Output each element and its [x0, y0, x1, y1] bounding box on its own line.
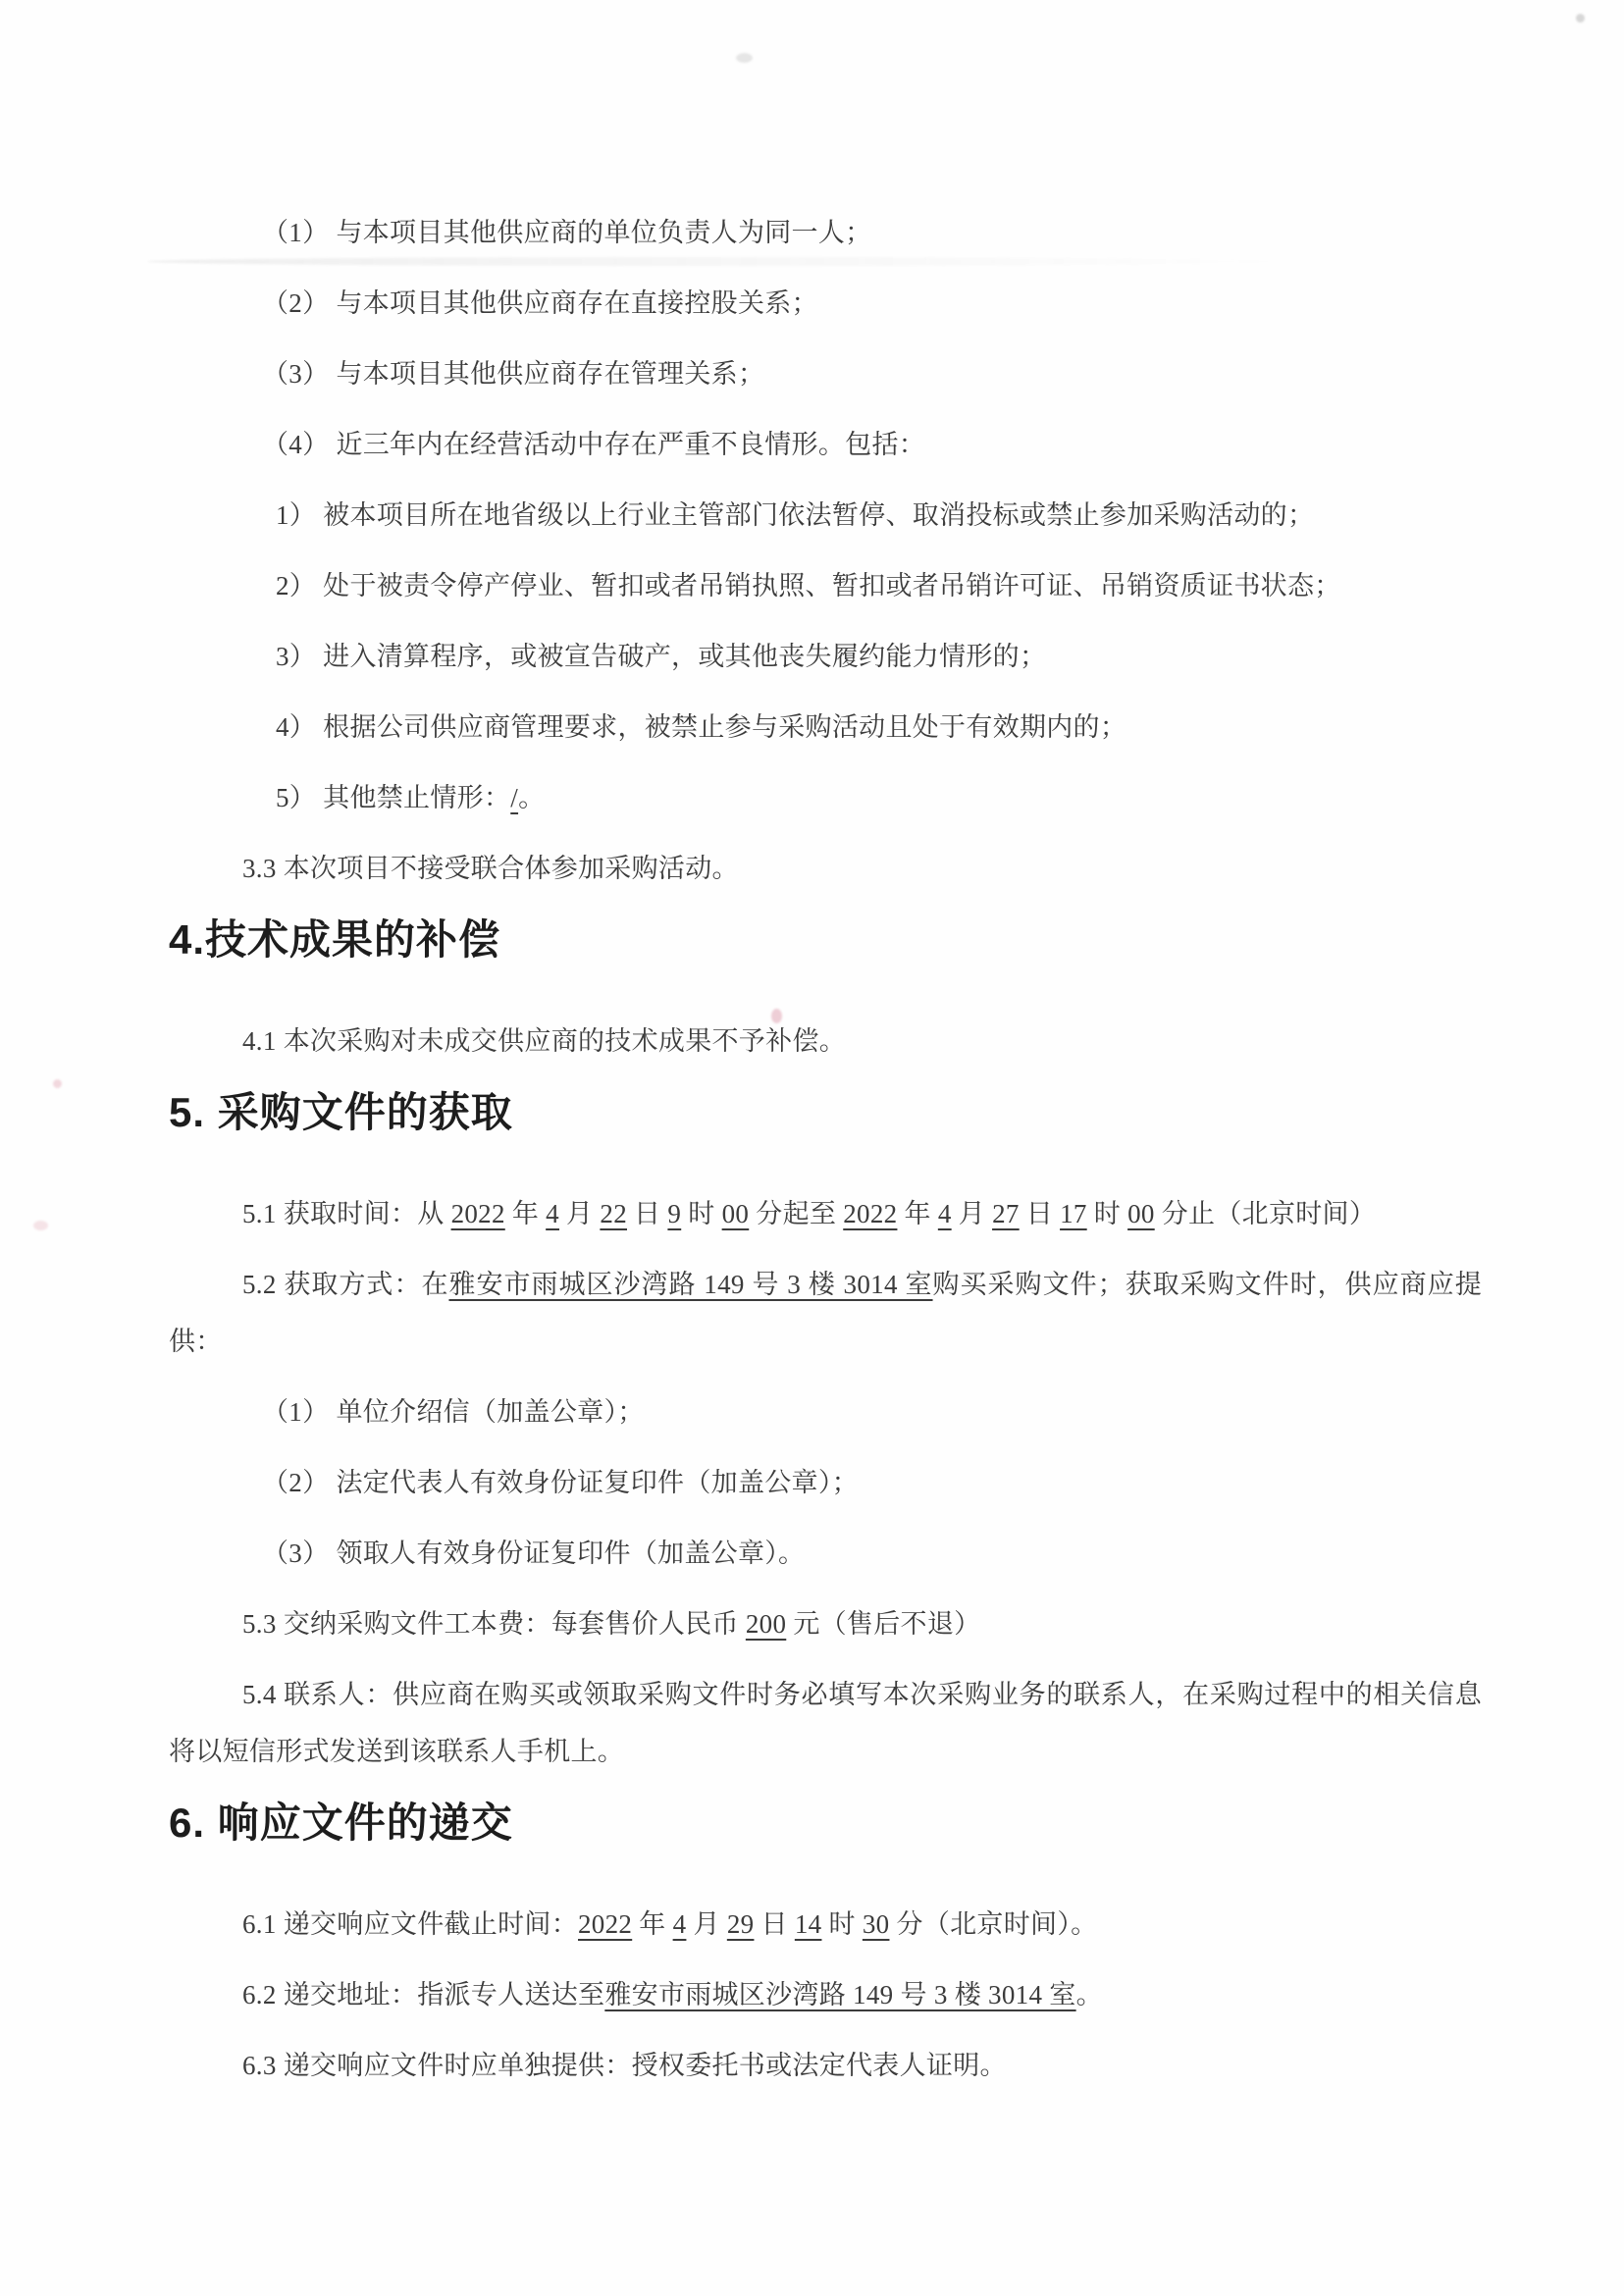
text-segment: 。: [518, 783, 545, 812]
filled-in-value: 4: [546, 1199, 559, 1228]
filled-in-value: 14: [795, 1909, 822, 1939]
filled-in-value: 雅安市雨城区沙湾路 149 号 3 楼 3014 室: [448, 1270, 932, 1299]
text-segment: 日: [627, 1199, 667, 1228]
filled-in-value: 00: [722, 1199, 750, 1228]
text-segment: 时: [681, 1199, 721, 1228]
text-segment: 时: [821, 1909, 862, 1939]
conflict-item-4: （4） 近三年内在经营活动中存在严重不良情形。包括：: [169, 416, 1482, 473]
filled-in-value: 9: [667, 1199, 681, 1228]
filled-in-value: 22: [600, 1199, 627, 1228]
section-4-heading: 4.技术成果的补偿: [169, 911, 1482, 969]
text-segment: 年: [505, 1199, 546, 1228]
section-5-heading: 5. 采购文件的获取: [169, 1083, 1482, 1142]
text-segment: 时: [1087, 1199, 1127, 1228]
filled-in-value: 27: [992, 1199, 1020, 1228]
text-segment: 6.2 递交地址：指派专人送达至: [242, 1980, 604, 2009]
filled-in-value: 2022: [451, 1199, 505, 1228]
scan-speck: [33, 1221, 48, 1230]
scanned-document-page: （1） 与本项目其他供应商的单位负责人为同一人； （2） 与本项目其他供应商存在…: [0, 0, 1624, 2296]
text-segment: 5.2 获取方式：在: [242, 1270, 448, 1299]
text-segment: 元（售后不退）: [786, 1609, 980, 1639]
clause-5-1: 5.1 获取时间：从 2022 年 4 月 22 日 9 时 00 分起至 20…: [169, 1185, 1482, 1242]
filled-in-value: 4: [938, 1199, 952, 1228]
conflict-item-2: （2） 与本项目其他供应商存在直接控股关系；: [169, 275, 1482, 332]
clause-6-1: 6.1 递交响应文件截止时间：2022 年 4 月 29 日 14 时 30 分…: [169, 1896, 1482, 1953]
bad-standing-item-3: 3） 进入清算程序，或被宣告破产，或其他丧失履约能力情形的；: [169, 628, 1482, 685]
text-segment: 月: [559, 1199, 600, 1228]
filled-in-value: 17: [1060, 1199, 1087, 1228]
text-segment: 分起至: [749, 1199, 843, 1228]
text-segment: 5） 其他禁止情形：: [276, 783, 510, 812]
filled-in-value: 2022: [578, 1909, 632, 1939]
filled-in-value: 29: [727, 1909, 755, 1939]
text-segment: 5.1 获取时间：从: [242, 1199, 451, 1228]
bad-standing-item-5: 5） 其他禁止情形：/。: [169, 769, 1482, 826]
filled-in-value: 200: [746, 1609, 786, 1639]
text-segment: 分止（北京时间）: [1155, 1199, 1376, 1228]
clause-6-2: 6.2 递交地址：指派专人送达至雅安市雨城区沙湾路 149 号 3 楼 3014…: [169, 1966, 1482, 2023]
provide-item-1: （1） 单位介绍信（加盖公章）；: [169, 1383, 1482, 1440]
clause-6-3: 6.3 递交响应文件时应单独提供：授权委托书或法定代表人证明。: [169, 2037, 1482, 2094]
filled-in-value: 4: [673, 1909, 687, 1939]
filled-in-value: 30: [863, 1909, 890, 1939]
bad-standing-item-2: 2） 处于被责令停产停业、暂扣或者吊销执照、暂扣或者吊销许可证、吊销资质证书状态…: [169, 557, 1482, 614]
bad-standing-item-1: 1） 被本项目所在地省级以上行业主管部门依法暂停、取消投标或禁止参加采购活动的；: [169, 487, 1482, 544]
text-segment: 月: [686, 1909, 726, 1939]
conflict-item-3: （3） 与本项目其他供应商存在管理关系；: [169, 345, 1482, 402]
conflict-item-1: （1） 与本项目其他供应商的单位负责人为同一人；: [169, 204, 1482, 261]
document-body: （1） 与本项目其他供应商的单位负责人为同一人； （2） 与本项目其他供应商存在…: [169, 0, 1482, 2108]
scan-speck: [1576, 14, 1585, 23]
text-segment: 年: [897, 1199, 937, 1228]
clause-5-2: 5.2 获取方式：在雅安市雨城区沙湾路 149 号 3 楼 3014 室购买采购…: [169, 1256, 1482, 1370]
clause-4-1: 4.1 本次采购对未成交供应商的技术成果不予补偿。: [169, 1013, 1482, 1070]
text-segment: 5.3 交纳采购文件工本费：每套售价人民币: [242, 1609, 746, 1639]
clause-3-3: 3.3 本次项目不接受联合体参加采购活动。: [169, 840, 1482, 897]
clause-5-4: 5.4 联系人：供应商在购买或领取采购文件时务必填写本次采购业务的联系人，在采购…: [169, 1666, 1482, 1780]
text-segment: 日: [754, 1909, 794, 1939]
text-segment: 。: [1076, 1980, 1103, 2009]
bad-standing-item-4: 4） 根据公司供应商管理要求，被禁止参与采购活动且处于有效期内的；: [169, 699, 1482, 756]
text-segment: 日: [1020, 1199, 1060, 1228]
scan-speck: [53, 1079, 62, 1088]
filled-in-value: 00: [1127, 1199, 1155, 1228]
provide-item-3: （3） 领取人有效身份证复印件（加盖公章）。: [169, 1525, 1482, 1582]
section-6-heading: 6. 响应文件的递交: [169, 1794, 1482, 1852]
provide-item-2: （2） 法定代表人有效身份证复印件（加盖公章）；: [169, 1454, 1482, 1511]
clause-5-3: 5.3 交纳采购文件工本费：每套售价人民币 200 元（售后不退）: [169, 1595, 1482, 1652]
text-segment: 月: [952, 1199, 992, 1228]
filled-in-value: 雅安市雨城区沙湾路 149 号 3 楼 3014 室: [604, 1980, 1075, 2009]
filled-in-value: 2022: [843, 1199, 897, 1228]
text-segment: 6.1 递交响应文件截止时间：: [242, 1909, 578, 1939]
filled-in-value: /: [510, 783, 518, 812]
text-segment: 年: [632, 1909, 672, 1939]
text-segment: 分（北京时间）。: [889, 1909, 1097, 1939]
